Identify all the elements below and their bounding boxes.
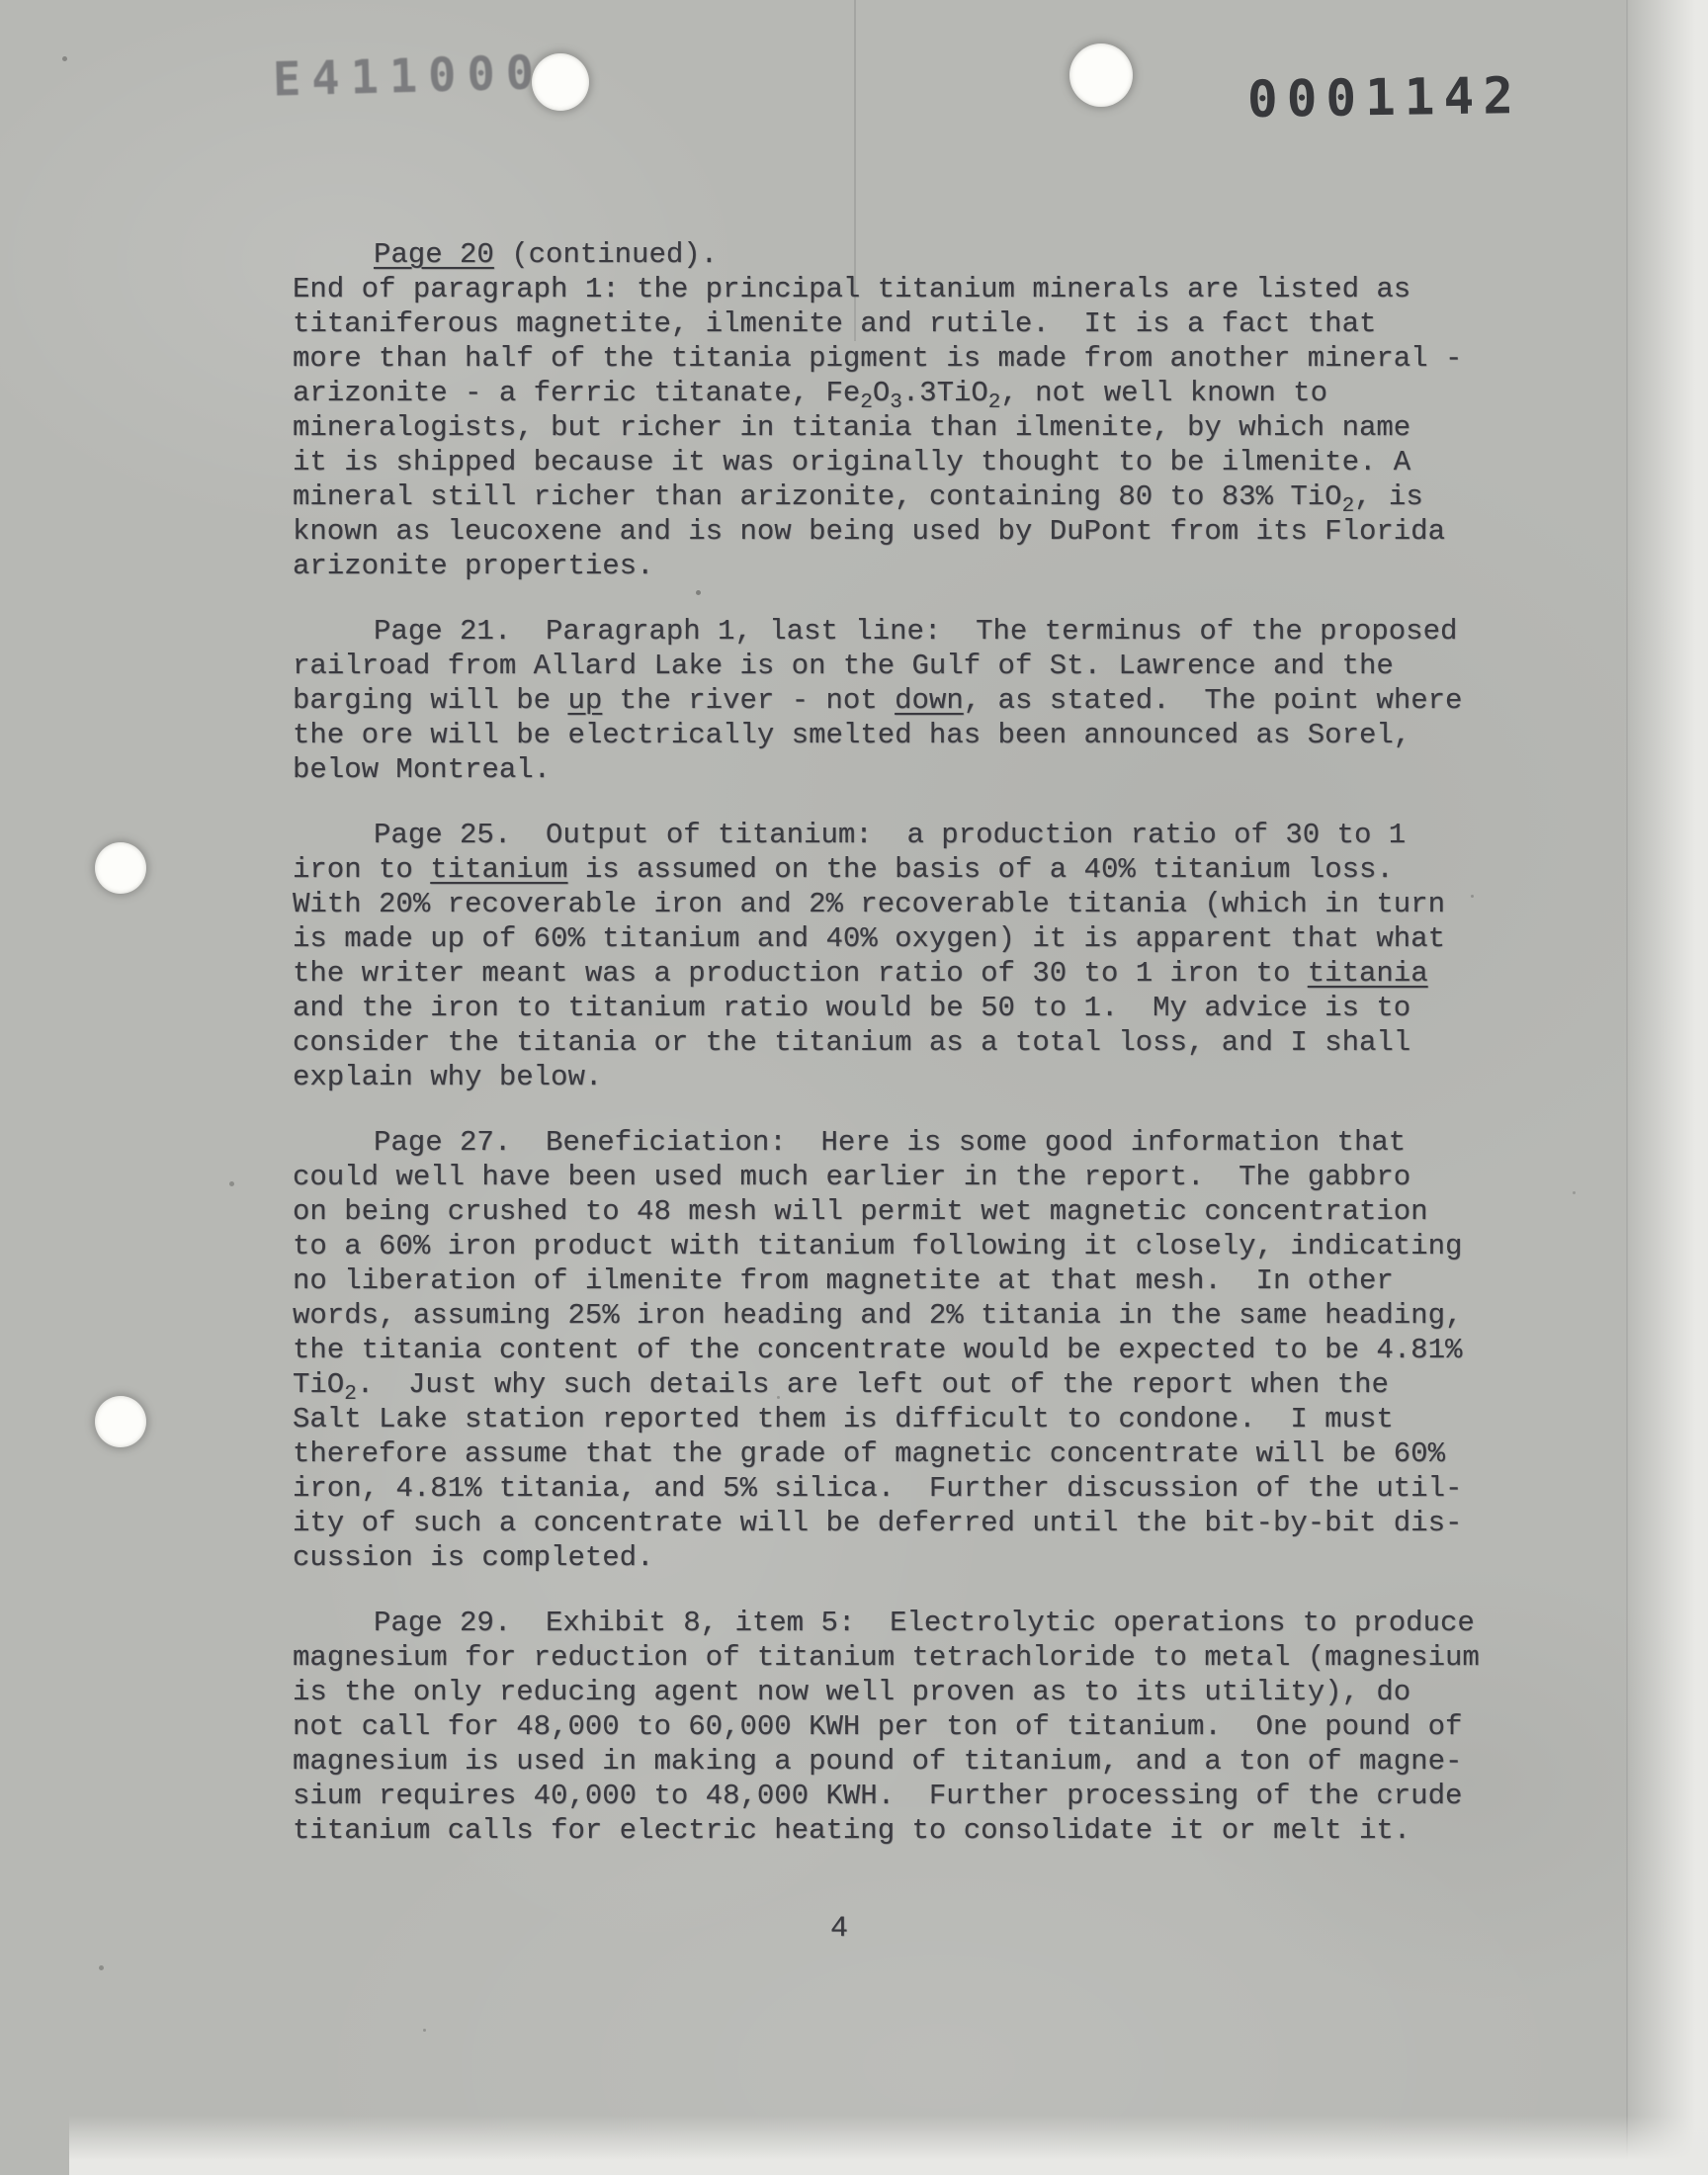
stamp-top-left: E411000: [272, 45, 545, 107]
text-line: on being crushed to 48 mesh will permit …: [293, 1194, 1518, 1229]
text-line: explain why below.: [293, 1060, 1518, 1094]
text-line: could well have been used much earlier i…: [293, 1160, 1518, 1194]
text-line: iron to titanium is assumed on the basis…: [293, 852, 1518, 887]
text-line: words, assuming 25% iron heading and 2% …: [293, 1298, 1518, 1333]
text-line: titanium calls for electric heating to c…: [293, 1813, 1518, 1848]
page-number: 4: [830, 1912, 848, 1946]
text-line: Page 20 (continued).: [293, 237, 1518, 272]
punch-hole-left-lower: [95, 1396, 146, 1447]
text-line: barging will be up the river - not down,…: [293, 683, 1518, 718]
paragraph: Page 25. Output of titanium: a productio…: [293, 818, 1518, 1094]
paragraph: Page 29. Exhibit 8, item 5: Electrolytic…: [293, 1606, 1518, 1848]
text-line: is the only reducing agent now well prov…: [293, 1675, 1518, 1709]
paragraph: Page 20 (continued).End of paragraph 1: …: [293, 237, 1518, 583]
text-line: iron, 4.81% titania, and 5% silica. Furt…: [293, 1471, 1518, 1506]
text-line: not call for 48,000 to 60,000 KWH per to…: [293, 1709, 1518, 1744]
punch-hole-left-upper: [95, 842, 146, 894]
text-line: mineral still richer than arizonite, con…: [293, 479, 1518, 514]
text-line: magnesium is used in making a pound of t…: [293, 1744, 1518, 1779]
paper-edge-bottom: [69, 2116, 1708, 2175]
text-line: railroad from Allard Lake is on the Gulf…: [293, 649, 1518, 683]
scanned-page: E411000 0001142 Page 20 (continued).End …: [0, 0, 1708, 2175]
text-line: End of paragraph 1: the principal titani…: [293, 272, 1518, 306]
paper-specks: [0, 0, 3, 3]
text-line: With 20% recoverable iron and 2% recover…: [293, 887, 1518, 921]
paragraph: Page 21. Paragraph 1, last line: The ter…: [293, 614, 1518, 787]
text-line: sium requires 40,000 to 48,000 KWH. Furt…: [293, 1779, 1518, 1813]
punch-hole-top-right: [1069, 43, 1133, 107]
text-line: below Montreal.: [293, 752, 1518, 787]
paragraph: Page 27. Beneficiation: Here is some goo…: [293, 1125, 1518, 1575]
text-line: mineralogists, but richer in titania tha…: [293, 410, 1518, 445]
text-line: consider the titania or the titanium as …: [293, 1025, 1518, 1060]
text-line: it is shipped because it was originally …: [293, 445, 1518, 479]
text-line: TiO2. Just why such details are left out…: [293, 1367, 1518, 1402]
text-line: the ore will be electrically smelted has…: [293, 718, 1518, 752]
text-line: arizonite - a ferric titanate, Fe2O3.3Ti…: [293, 376, 1518, 410]
text-line: known as leucoxene and is now being used…: [293, 514, 1518, 549]
text-line: Page 29. Exhibit 8, item 5: Electrolytic…: [293, 1606, 1518, 1640]
text-line: the writer meant was a production ratio …: [293, 956, 1518, 991]
text-line: therefore assume that the grade of magne…: [293, 1436, 1518, 1471]
paper-edge-right: [1624, 0, 1708, 2175]
text-line: Salt Lake station reported them is diffi…: [293, 1402, 1518, 1436]
document-text: Page 20 (continued).End of paragraph 1: …: [293, 237, 1518, 1878]
text-line: magnesium for reduction of titanium tetr…: [293, 1640, 1518, 1675]
text-line: titaniferous magnetite, ilmenite and rut…: [293, 306, 1518, 341]
text-line: and the iron to titanium ratio would be …: [293, 991, 1518, 1025]
text-line: ity of such a concentrate will be deferr…: [293, 1506, 1518, 1540]
text-line: the titania content of the concentrate w…: [293, 1333, 1518, 1367]
text-line: Page 27. Beneficiation: Here is some goo…: [293, 1125, 1518, 1160]
text-line: Page 21. Paragraph 1, last line: The ter…: [293, 614, 1518, 649]
punch-hole-top-left: [532, 53, 589, 111]
text-line: Page 25. Output of titanium: a productio…: [293, 818, 1518, 852]
text-line: to a 60% iron product with titanium foll…: [293, 1229, 1518, 1263]
text-line: arizonite properties.: [293, 549, 1518, 583]
text-line: more than half of the titania pigment is…: [293, 341, 1518, 376]
text-line: is made up of 60% titanium and 40% oxyge…: [293, 921, 1518, 956]
text-line: no liberation of ilmenite from magnetite…: [293, 1263, 1518, 1298]
text-line: cussion is completed.: [293, 1540, 1518, 1575]
stamp-top-right: 0001142: [1247, 67, 1523, 130]
